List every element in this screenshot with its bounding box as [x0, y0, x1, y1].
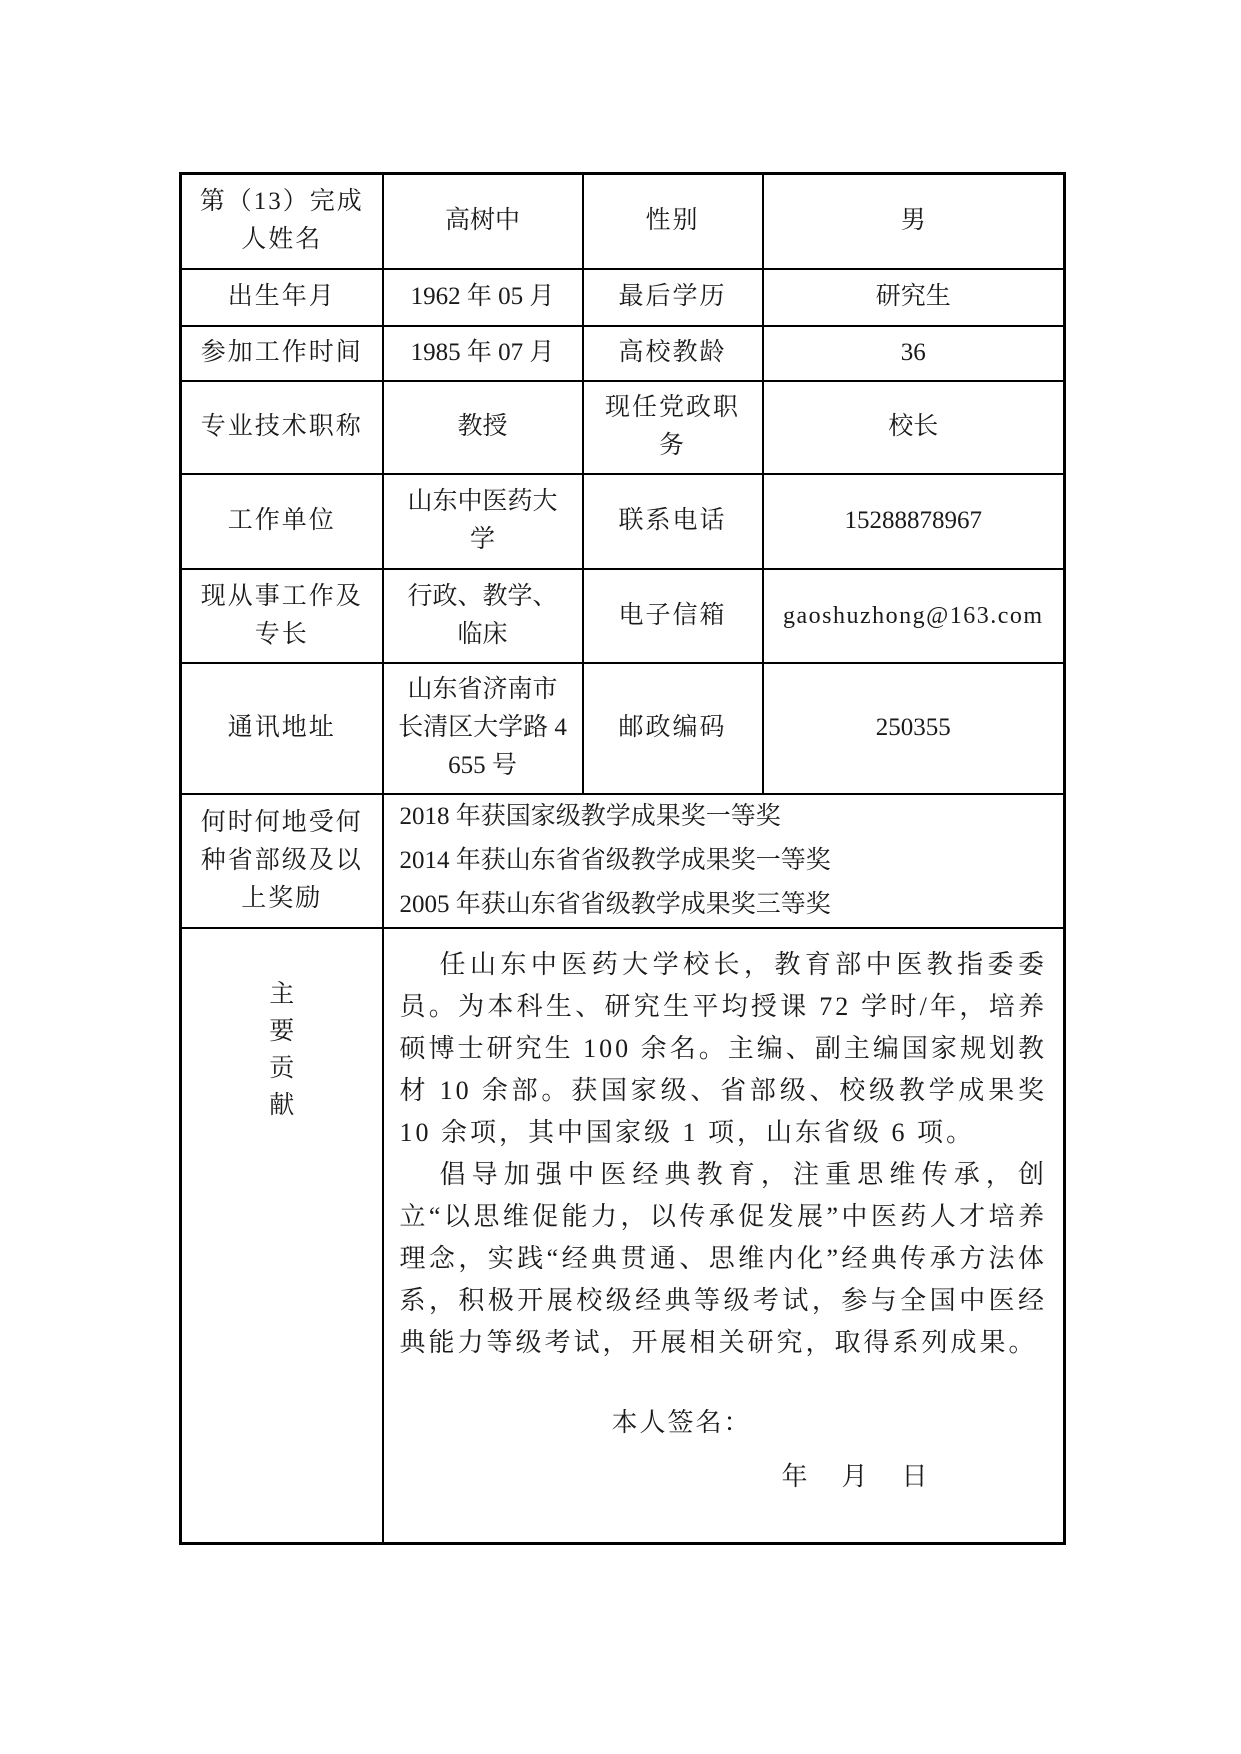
- table-row: 现从事工作及专长 行政、教学、临床 电子信箱 gaoshuzhong@163.c…: [181, 569, 1065, 663]
- current-position-label: 现任党政职务: [583, 381, 763, 474]
- main-contribution-label: 主 要 贡 献: [181, 928, 383, 1544]
- vertical-label-char: 要: [196, 1013, 368, 1050]
- award-line-2018: 2018 年获国家级教学成果奖一等奖: [400, 795, 1054, 839]
- phone-label: 联系电话: [583, 474, 763, 569]
- current-work-value: 行政、教学、临床: [383, 569, 583, 663]
- work-unit-value: 山东中医药大学: [383, 474, 583, 569]
- contribution-paragraph-1: 任山东中医药大学校长，教育部中医教指委委员。为本科生、研究生平均授课 72 学时…: [400, 944, 1048, 1154]
- award-line-2014: 2014 年获山东省省级教学成果奖一等奖: [400, 839, 1054, 883]
- professional-title-value: 教授: [383, 381, 583, 474]
- professional-title-label: 专业技术职称: [181, 381, 383, 474]
- work-unit-label: 工作单位: [181, 474, 383, 569]
- completer-name-label: 第（13）完成人姓名: [181, 174, 383, 269]
- current-work-label: 现从事工作及专长: [181, 569, 383, 663]
- current-position-value: 校长: [763, 381, 1065, 474]
- contribution-row: 主 要 贡 献 任山东中医药大学校长，教育部中医教指委委员。为本科生、研究生平均…: [181, 928, 1065, 1544]
- awards-row: 何时何地受何种省部级及以上奖励 2018 年获国家级教学成果奖一等奖 2014 …: [181, 794, 1065, 928]
- gender-label: 性别: [583, 174, 763, 269]
- vertical-label-char: 贡: [196, 1050, 368, 1087]
- date-fill-in-line: 年 月 日: [400, 1458, 1048, 1496]
- mailing-address-label: 通讯地址: [181, 663, 383, 794]
- table-row: 专业技术职称 教授 现任党政职务 校长: [181, 381, 1065, 474]
- main-contribution-value: 任山东中医药大学校长，教育部中医教指委委员。为本科生、研究生平均授课 72 学时…: [383, 928, 1065, 1544]
- email-value: gaoshuzhong@163.com: [763, 569, 1065, 663]
- award-line-2005: 2005 年获山东省省级教学成果奖三等奖: [400, 883, 1054, 927]
- table-row: 工作单位 山东中医药大学 联系电话 15288878967: [181, 474, 1065, 569]
- postal-code-value: 250355: [763, 663, 1065, 794]
- contribution-paragraph-2: 倡导加强中医经典教育，注重思维传承，创立“以思维促能力，以传承促发展”中医药人才…: [400, 1154, 1048, 1364]
- birth-date-value: 1962 年 05 月: [383, 269, 583, 326]
- final-education-label: 最后学历: [583, 269, 763, 326]
- mailing-address-value: 山东省济南市长清区大学路 4655 号: [383, 663, 583, 794]
- awards-label: 何时何地受何种省部级及以上奖励: [181, 794, 383, 928]
- gender-value: 男: [763, 174, 1065, 269]
- document-page: 第（13）完成人姓名 高树中 性别 男 出生年月 1962 年 05 月 最后学…: [0, 0, 1241, 1754]
- table-row: 第（13）完成人姓名 高树中 性别 男: [181, 174, 1065, 269]
- table-row: 通讯地址 山东省济南市长清区大学路 4655 号 邮政编码 250355: [181, 663, 1065, 794]
- phone-value: 15288878967: [763, 474, 1065, 569]
- postal-code-label: 邮政编码: [583, 663, 763, 794]
- birth-date-label: 出生年月: [181, 269, 383, 326]
- teaching-years-value: 36: [763, 326, 1065, 381]
- vertical-label-char: 主: [196, 976, 368, 1013]
- personnel-info-table: 第（13）完成人姓名 高树中 性别 男 出生年月 1962 年 05 月 最后学…: [179, 172, 1066, 1545]
- teaching-years-label: 高校教龄: [583, 326, 763, 381]
- table-row: 出生年月 1962 年 05 月 最后学历 研究生: [181, 269, 1065, 326]
- email-label: 电子信箱: [583, 569, 763, 663]
- work-start-label: 参加工作时间: [181, 326, 383, 381]
- vertical-label-char: 献: [196, 1087, 368, 1124]
- awards-value: 2018 年获国家级教学成果奖一等奖 2014 年获山东省省级教学成果奖一等奖 …: [383, 794, 1065, 928]
- table-row: 参加工作时间 1985 年 07 月 高校教龄 36: [181, 326, 1065, 381]
- signature-label: 本人签名：: [400, 1404, 1048, 1442]
- final-education-value: 研究生: [763, 269, 1065, 326]
- completer-name-value: 高树中: [383, 174, 583, 269]
- work-start-value: 1985 年 07 月: [383, 326, 583, 381]
